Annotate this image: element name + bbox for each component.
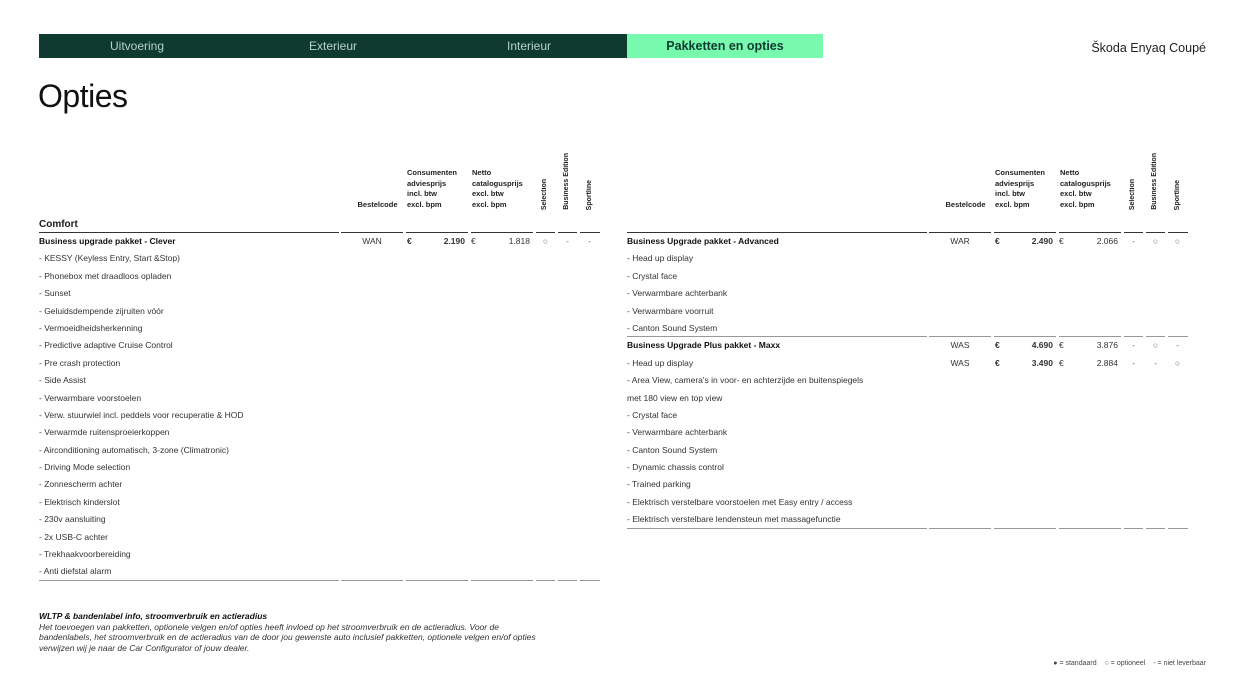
rule-segment: [1168, 528, 1188, 529]
currency-symbol: €: [471, 236, 476, 246]
table-row: - Verwarmbare achterbank: [627, 284, 1188, 301]
table-row: - Elektrisch verstelbare lendensteun met…: [627, 510, 1188, 527]
rule-segment: [994, 528, 1056, 529]
option-description: - Elektrisch verstelbare lendensteun met…: [627, 514, 841, 524]
table-row: - Anti diefstal alarm: [39, 562, 600, 579]
option-description: - Head up display: [627, 253, 693, 263]
table-row: - Verwarmde ruitensproeierkoppen: [39, 423, 600, 440]
currency-symbol: €: [1059, 340, 1064, 350]
table-row: - Airconditioning automatisch, 3-zone (C…: [39, 441, 600, 458]
rule-segment: [580, 580, 600, 581]
table-row: - Verwarmbare voorruit: [627, 302, 1188, 319]
column-header-sportline: Sportline: [1174, 180, 1181, 210]
option-description: - Elektrisch verstelbare voorstoelen met…: [627, 497, 852, 507]
header-line: excl. bpm: [472, 200, 534, 211]
rule-segment: [627, 528, 927, 529]
table-row: - Verwarmbare achterbank: [627, 423, 1188, 440]
column-header-selection: Selection: [1129, 179, 1136, 210]
rule-segment: [536, 580, 555, 581]
table-row: - Verw. stuurwiel incl. peddels voor rec…: [39, 406, 600, 423]
availability-selection: -: [1124, 236, 1143, 246]
table-row: - Canton Sound System: [627, 319, 1188, 336]
consumer-price: 3.490: [1007, 358, 1053, 368]
header-line: Netto: [472, 168, 534, 179]
availability-business-edition: -: [1146, 358, 1165, 368]
currency-symbol: €: [995, 236, 1000, 246]
rule-segment: [341, 580, 403, 581]
option-description: - Predictive adaptive Cruise Control: [39, 340, 173, 350]
header-line: excl. bpm: [1060, 200, 1122, 211]
option-description: - Canton Sound System: [627, 445, 717, 455]
table-row: - Elektrisch verstelbare voorstoelen met…: [627, 493, 1188, 510]
currency-symbol: €: [995, 340, 1000, 350]
table-row: - Crystal face: [627, 267, 1188, 284]
option-description: - Area View, camera's in voor- en achter…: [627, 375, 863, 385]
table-row: - Head up display: [627, 249, 1188, 266]
net-price: 3.876: [1072, 340, 1118, 350]
option-description: - Geluidsdempende zijruiten vóór: [39, 306, 164, 316]
rule-segment: [471, 580, 533, 581]
option-description: - Pre crash protection: [39, 358, 120, 368]
option-description: - Zonnescherm achter: [39, 479, 122, 489]
option-description: - Dynamic chassis control: [627, 462, 724, 472]
availability-selection: -: [1124, 340, 1143, 350]
consumer-price: 2.490: [1007, 236, 1053, 246]
consumer-price: 4.690: [1007, 340, 1053, 350]
header-line: excl. btw: [472, 189, 534, 200]
option-description: - KESSY (Keyless Entry, Start &Stop): [39, 253, 180, 263]
consumer-price: 2.190: [419, 236, 465, 246]
column-header-selection: Selection: [541, 179, 548, 210]
table-row: - Crystal face: [627, 406, 1188, 423]
option-description: - Verw. stuurwiel incl. peddels voor rec…: [39, 410, 244, 420]
availability-selection: -: [1124, 358, 1143, 368]
option-description: met 180 view en top view: [627, 393, 722, 403]
column-header-bestelcode: Bestelcode: [350, 200, 405, 211]
table-row: - Side Assist: [39, 371, 600, 388]
currency-symbol: €: [1059, 236, 1064, 246]
table-header: Bestelcode Consumenten adviesprijs incl.…: [627, 140, 1188, 232]
table-row: - Verwarmbare voorstoelen: [39, 389, 600, 406]
option-description: - Crystal face: [627, 410, 677, 420]
option-description: - Phonebox met draadloos opladen: [39, 271, 171, 281]
header-line: excl. btw: [1060, 189, 1122, 200]
currency-symbol: €: [1059, 358, 1064, 368]
table-row: - Canton Sound System: [627, 441, 1188, 458]
availability-sportline: -: [580, 236, 599, 246]
page-title: Opties: [38, 78, 127, 115]
table-body: Business upgrade pakket - CleverWAN€2.19…: [39, 232, 600, 580]
order-code: WAR: [929, 236, 991, 246]
table-header: Comfort Bestelcode Consumenten adviespri…: [39, 140, 600, 232]
table-row: - 2x USB-C achter: [39, 528, 600, 545]
availability-selection: ○: [536, 236, 555, 246]
rule-segment: [1059, 528, 1121, 529]
rule-segment: [1124, 528, 1143, 529]
option-description: - Driving Mode selection: [39, 462, 130, 472]
rule-segment: [1146, 528, 1165, 529]
column-header-business-edition: Business Edition: [1151, 153, 1158, 210]
table-row: - Predictive adaptive Cruise Control: [39, 336, 600, 353]
option-description: - Verwarmbare achterbank: [627, 427, 727, 437]
rule-segment: [406, 580, 468, 581]
option-description: - Crystal face: [627, 271, 677, 281]
package-row: Business upgrade pakket - CleverWAN€2.19…: [39, 232, 600, 249]
header-line: excl. bpm: [995, 200, 1057, 211]
currency-symbol: €: [995, 358, 1000, 368]
column-header-bestelcode: Bestelcode: [938, 200, 993, 211]
header-line: excl. bpm: [407, 200, 469, 211]
header-line: incl. btw: [995, 189, 1057, 200]
rule-segment: [558, 580, 577, 581]
header-line: adviesprijs: [995, 179, 1057, 190]
column-header-consumer-price: Consumenten adviesprijs incl. btw excl. …: [407, 168, 469, 210]
currency-symbol: €: [407, 236, 412, 246]
table-row: - Trekhaakvoorbereiding: [39, 545, 600, 562]
column-header-net-price: Netto catalogusprijs excl. btw excl. bpm: [1060, 168, 1122, 210]
option-description: - 230v aansluiting: [39, 514, 106, 524]
package-row: Business Upgrade Plus pakket - MaxxWAS€4…: [627, 336, 1188, 353]
legend-optional: ○ = optioneel: [1105, 660, 1146, 667]
tab-interieur[interactable]: Interieur: [431, 34, 627, 58]
option-description: Business Upgrade pakket - Advanced: [627, 236, 779, 246]
header-line: Consumenten: [995, 168, 1057, 179]
table-row: - Vermoeidheidsherkenning: [39, 319, 600, 336]
availability-business-edition: -: [558, 236, 577, 246]
table-row: - Sunset: [39, 284, 600, 301]
option-description: - 2x USB-C achter: [39, 532, 108, 542]
availability-sportline: ○: [1168, 358, 1187, 368]
options-table-left: Comfort Bestelcode Consumenten adviespri…: [39, 140, 600, 580]
column-header-net-price: Netto catalogusprijs excl. btw excl. bpm: [472, 168, 534, 210]
legend-standard: ● = standaard: [1053, 660, 1096, 667]
availability-sportline: ○: [1168, 236, 1187, 246]
option-description: - Trekhaakvoorbereiding: [39, 549, 131, 559]
availability-business-edition: ○: [1146, 236, 1165, 246]
option-description: - Sunset: [39, 288, 71, 298]
header-line: incl. btw: [407, 189, 469, 200]
section-navigation: Uitvoering Exterieur Interieur Pakketten…: [39, 34, 823, 58]
header-line: catalogusprijs: [1060, 179, 1122, 190]
table-row: - KESSY (Keyless Entry, Start &Stop): [39, 249, 600, 266]
option-description: - Verwarmbare voorstoelen: [39, 393, 141, 403]
header-line: Consumenten: [407, 168, 469, 179]
net-price: 1.818: [484, 236, 530, 246]
availability-business-edition: ○: [1146, 340, 1165, 350]
table-body: Business Upgrade pakket - AdvancedWAR€2.…: [627, 232, 1188, 528]
tab-exterieur[interactable]: Exterieur: [235, 34, 431, 58]
column-header-sportline: Sportline: [586, 180, 593, 210]
option-description: - Vermoeidheidsherkenning: [39, 323, 142, 333]
tab-uitvoering[interactable]: Uitvoering: [39, 34, 235, 58]
header-line: adviesprijs: [407, 179, 469, 190]
footnote-body: Het toevoegen van pakketten, optionele v…: [39, 622, 539, 654]
column-header-business-edition: Business Edition: [563, 153, 570, 210]
table-row: - Trained parking: [627, 475, 1188, 492]
availability-legend: ● = standaard ○ = optioneel - = niet lev…: [1053, 660, 1206, 667]
wltp-footnote: WLTP & bandenlabel info, stroomverbruik …: [39, 611, 539, 653]
tab-pakketten-en-opties[interactable]: Pakketten en opties: [627, 34, 823, 58]
option-description: - Verwarmde ruitensproeierkoppen: [39, 427, 169, 437]
order-code: WAS: [929, 358, 991, 368]
column-header-consumer-price: Consumenten adviesprijs incl. btw excl. …: [995, 168, 1057, 210]
option-description: - Anti diefstal alarm: [39, 566, 111, 576]
option-description: - Side Assist: [39, 375, 86, 385]
brand-model-name: Škoda Enyaq Coupé: [1091, 41, 1206, 55]
legend-not-available: - = niet leverbaar: [1153, 660, 1206, 667]
order-code: WAS: [929, 340, 991, 350]
table-row: - Head up displayWAS€3.490€2.884--○: [627, 354, 1188, 371]
table-row: - Area View, camera's in voor- en achter…: [627, 371, 1188, 388]
section-label: Comfort: [39, 219, 78, 230]
options-table-right: Bestelcode Consumenten adviesprijs incl.…: [627, 140, 1188, 528]
option-description: - Canton Sound System: [627, 323, 717, 333]
option-description: - Elektrisch kinderslot: [39, 497, 120, 507]
table-row: - Driving Mode selection: [39, 458, 600, 475]
table-row: - Elektrisch kinderslot: [39, 493, 600, 510]
availability-sportline: -: [1168, 340, 1187, 350]
table-row: - 230v aansluiting: [39, 510, 600, 527]
footnote-title: WLTP & bandenlabel info, stroomverbruik …: [39, 611, 539, 622]
table-row: met 180 view en top view: [627, 389, 1188, 406]
header-line: catalogusprijs: [472, 179, 534, 190]
option-description: Business upgrade pakket - Clever: [39, 236, 176, 246]
table-row: - Dynamic chassis control: [627, 458, 1188, 475]
rule-segment: [39, 580, 339, 581]
option-description: - Head up display: [627, 358, 693, 368]
option-description: - Verwarmbare voorruit: [627, 306, 713, 316]
header-line: Netto: [1060, 168, 1122, 179]
package-row: Business Upgrade pakket - AdvancedWAR€2.…: [627, 232, 1188, 249]
option-description: - Airconditioning automatisch, 3-zone (C…: [39, 445, 229, 455]
option-description: Business Upgrade Plus pakket - Maxx: [627, 340, 780, 350]
option-description: - Trained parking: [627, 479, 691, 489]
table-row: - Geluidsdempende zijruiten vóór: [39, 302, 600, 319]
net-price: 2.066: [1072, 236, 1118, 246]
table-row: - Zonnescherm achter: [39, 475, 600, 492]
net-price: 2.884: [1072, 358, 1118, 368]
option-description: - Verwarmbare achterbank: [627, 288, 727, 298]
table-row: - Pre crash protection: [39, 354, 600, 371]
table-row: - Phonebox met draadloos opladen: [39, 267, 600, 284]
order-code: WAN: [341, 236, 403, 246]
rule-segment: [929, 528, 991, 529]
